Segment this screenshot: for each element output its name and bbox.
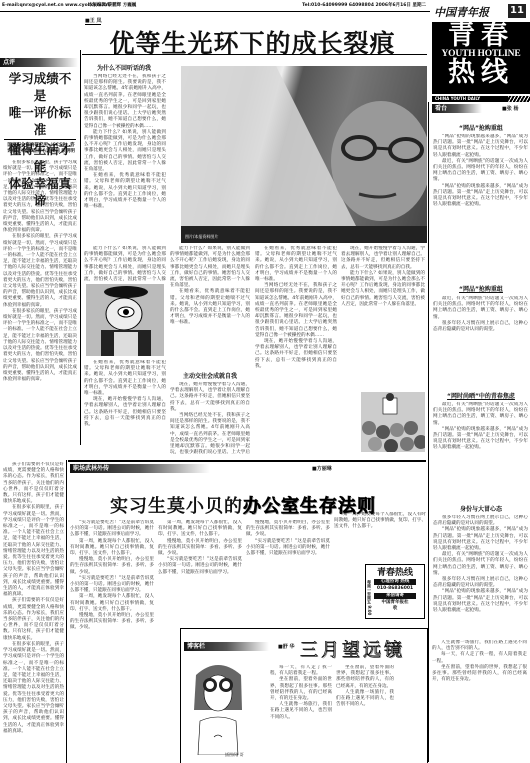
workplace-byline: ■方丽琳 bbox=[312, 465, 332, 472]
main-story-col2: 能力下什么？如果说，别人能做到的事情她都能做到，可是为什么她会那么不开心呢？工作… bbox=[170, 246, 250, 371]
section-rule bbox=[68, 460, 426, 462]
section-masthead: 青春 YOUTH HOTLINE 热线 bbox=[432, 22, 530, 94]
right-column-text-1: “网品”抢购的现象越来越多，“网品”成为热门话题。第一批“网品”走上历史舞台，可… bbox=[433, 134, 528, 286]
right-paragraph: 最近，有关“网晒族”的话题又一次成为人们关注的焦点。网络时代下的年轻人，纷纷在网… bbox=[433, 159, 528, 184]
headline-separator bbox=[4, 139, 76, 140]
story-paragraph: 在她看来，优秀就意味着不能犯错。父母和老师的期望让她喘不过气来。她说，从小到大她… bbox=[255, 246, 337, 283]
right-paragraph: “网品”抢购的现象越来越多，“网品”成为热门话题。第一批“网品”走上历史舞台，可… bbox=[433, 134, 528, 159]
right-paragraph: 很多年轻人习惯在网上展示自己，这种心态背后隐藏的是对认同的渴望。 bbox=[433, 321, 528, 333]
blog-paragraph: 每一天，有人走了我一程，有人陪着我走一程。 bbox=[270, 665, 332, 677]
boy-with-glasses-image bbox=[181, 66, 427, 243]
binocular-woman-illustration bbox=[186, 655, 251, 755]
right-column-byline: ■张 杨 bbox=[502, 105, 518, 112]
paper-en-strip: CHINA YOUTH DAILY bbox=[432, 96, 530, 102]
right-column-text-3: 最近，有关“网晒族”的话题又一次成为人们关注的焦点。网络时代下的年轻人，纷纷在网… bbox=[433, 402, 528, 502]
masthead-title-top: 青春 bbox=[432, 22, 530, 49]
blog-byline: ■舒 华 bbox=[278, 643, 294, 650]
right-column-label-bar: 看台 bbox=[432, 104, 482, 113]
right-subhead-1: “网品”抢购重组 bbox=[432, 124, 530, 133]
workplace-col1: “实习就是要吃苦！”这是前辈告诉莫小贝的第一句话。刚进公司的时候，她什么都不懂，… bbox=[70, 520, 154, 760]
story-paragraph: 现在，她开始慢慢学着与人沟通，学着去理解别人，也学着让别人理解自己。这条路并不好… bbox=[84, 397, 166, 428]
right-subhead-4: 身份与大冒心态 bbox=[432, 505, 530, 514]
commentary-paragraph: 孩子们需要的不仅仅是好成绩，更需要健全的人格和快乐的心态。作为家长，我们应当多陪… bbox=[3, 598, 64, 641]
blog-label-bar: 博客栏 bbox=[184, 642, 269, 651]
right-paragraph: 很多年轻人习惯在网上展示自己，这种心态背后隐藏的是对认同的渴望。 bbox=[433, 515, 528, 527]
right-paragraph: “网品”抢购的现象越来越多，“网品”成为热门话题。第一批“网品”走上历史舞台，可… bbox=[433, 427, 528, 452]
story-paragraph: 在她看来，优秀就意味着不能犯错。父母和老师的期望让她喘不过气来。她说，从小到大她… bbox=[84, 173, 166, 210]
crowd-illustration bbox=[361, 392, 425, 452]
commentary-byline: 国家职业咨询研究所（CCSP）咨询师 方晓燕 首席心理顾问 张明明 bbox=[6, 143, 76, 155]
main-subhead-2: 主动交往会成就自我 bbox=[170, 372, 250, 381]
story-paragraph: 在她看来，优秀就意味着不能犯错。父母和老师的期望让她喘不过气来。她说，从小到大她… bbox=[170, 289, 250, 326]
hotline-box: 青春热线 心理咨询 热线 010-86836001 来信请寄 中国青年报社 收 bbox=[365, 564, 425, 619]
blog-col3: 人生就像一场旅行，我们在路上遇见不同的人，也告别不同的人。 每一天，有人走了我一… bbox=[432, 640, 527, 760]
photo-caption: 图片/本报资料图片 bbox=[185, 234, 218, 240]
commentary-paragraph: 孩子们需要的不仅仅是好成绩，更需要健全的人格和快乐的心态。作为家长，我们应当多陪… bbox=[3, 462, 64, 505]
workplace-paragraph: 第一周，她发现每个人都很忙，没人有时间教她。她只好自己找事情做，复印、打字、送文… bbox=[334, 512, 426, 531]
workplace-col2: 第一周，她发现每个人都很忙，没人有时间教她。她只好自己找事情做，复印、打字、送文… bbox=[158, 520, 242, 620]
blog-col2: 坐在窗前，望着外面的世界，我想起了很多往事。那些曾经陪伴我的人，有的已经离开，有… bbox=[336, 665, 394, 761]
right-subhead-3: “网时尚晒”中的青春焦虑 bbox=[432, 392, 530, 401]
workplace-paragraph: “实习就是要吃苦！”这是前辈告诉莫小贝的第一句话。刚进公司的时候，她什么都不懂，… bbox=[70, 576, 154, 595]
stripe-decoration bbox=[508, 96, 530, 102]
blog-paragraph: 人生就像一场旅行，我们在路上遇见不同的人，也告别不同的人。 bbox=[432, 640, 527, 652]
crowd-cartoon-image bbox=[361, 392, 425, 452]
blog-paragraph: 人生就像一场旅行，我们在路上遇见不同的人，也告别不同的人。 bbox=[270, 702, 332, 721]
main-story-photo: 图片/本报资料图片 bbox=[181, 66, 427, 243]
workplace-col3: 慢慢地，莫小贝开始明白，办公室里的生存法则其实很简单：多看、多听、多做、少说。 … bbox=[246, 520, 330, 620]
story-paragraph: 能力下什么？如果说，别人能做到的事情她都能做到，可是为什么她会那么不开心呢？工作… bbox=[341, 271, 425, 308]
right-paragraph: 最近，有关“网晒族”的话题又一次成为人们关注的焦点。网络时代下的年轻人，纷纷在网… bbox=[433, 296, 528, 321]
right-column-label: 看台 bbox=[435, 105, 447, 112]
column-divider bbox=[80, 50, 81, 445]
main-story-col1: 当网络已经无处不在，我和孩子之间还是那样的陌生。我要说的是，我不知道该怎么帮她。… bbox=[84, 74, 166, 274]
blog-paragraph: 每一天，有人走了我一程，有人陪着我走一程。 bbox=[432, 652, 527, 664]
story-paragraph: 现在，她开始慢慢学着与人沟通，学着去理解别人，也学着让别人理解自己。这条路并不好… bbox=[170, 382, 250, 413]
commentary-headline-line: 唯一评价标准 bbox=[4, 104, 76, 138]
illustration-credit: 插图/刚 哥 bbox=[225, 752, 244, 758]
right-paragraph: 最近，有关“网晒族”的话题又一次成为人们关注的焦点。网络时代下的年轻人，纷纷在网… bbox=[433, 552, 528, 577]
workplace-paragraph: 第一周，她发现每个人都很忙，没人有时间教她。她只好自己找事情做，复印、打字、送文… bbox=[70, 539, 154, 558]
main-story-col1-cont: 能力下什么？如果说，别人能做到的事情她都能做到，可是为什么她会那么不开心呢？工作… bbox=[84, 246, 166, 282]
hotline-phone: 010-86836001 bbox=[366, 586, 424, 592]
right-subhead-2: “网品”抢购重组 bbox=[432, 285, 530, 294]
hotline-row: 来信请寄 bbox=[374, 593, 416, 599]
right-paragraph: “网品”抢购的现象越来越多，“网品”成为热门话题。第一批“网品”走上历史舞台，可… bbox=[433, 589, 528, 614]
blog-label: 博客栏 bbox=[187, 643, 205, 650]
right-paragraph: 很多年轻人习惯在网上展示自己，这种心态背后隐藏的是对认同的渴望。 bbox=[433, 577, 528, 589]
story-paragraph: 当网络已经无处不在，我和孩子之间还是那样的陌生。我要说的是，我不知道该怎么帮她。… bbox=[84, 74, 166, 130]
newspaper-logo: 中国青年报 bbox=[434, 4, 489, 20]
hotline-title: 青春热线 bbox=[366, 565, 424, 578]
right-paragraph: “网品”抢购的现象越来越多，“网品”成为热门话题。第一批“网品”走上历史舞台，可… bbox=[433, 527, 528, 552]
workplace-label: 职场武林外传 bbox=[73, 465, 109, 472]
main-story-col4: 现在，她开始慢慢学着与人沟通，学着去理解别人，也学着让别人理解自己。这条路并不好… bbox=[341, 246, 425, 361]
headline-rule bbox=[82, 54, 427, 55]
commentary-label-bar: 点评 bbox=[0, 58, 78, 67]
workplace-label-bar: 职场武林外传 bbox=[70, 464, 210, 473]
blog-paragraph: 坐在窗前，望着外面的世界，我想起了很多往事。那些曾经陪伴我的人，有的已经离开，有… bbox=[270, 677, 332, 702]
one-eyed-cartoon-image bbox=[86, 284, 164, 356]
workplace-headline-plain: 实习生莫小贝的 bbox=[110, 496, 243, 517]
workplace-paragraph: 慢慢地，莫小贝开始明白，办公室里的生存法则其实很简单：多看、多听、多做、少说。 bbox=[158, 539, 242, 558]
story-paragraph: 在她看来，优秀就意味着不能犯错。父母和老师的期望让她喘不过气来。她说，从小到大她… bbox=[84, 360, 166, 397]
story-paragraph: 当网络已经无处不在，我和孩子之间还是那样的陌生。我要说的是，我不知道该怎么帮她。… bbox=[170, 413, 250, 454]
commentary-label: 点评 bbox=[3, 59, 15, 66]
cartoon-illustration bbox=[86, 284, 164, 356]
right-column-label-row: 看台 ■张 杨 bbox=[432, 104, 530, 113]
main-story-col2-lower: 现在，她开始慢慢学着与人沟通，学着去理解别人，也学着让别人理解自己。这条路并不好… bbox=[170, 382, 250, 454]
commentary-paragraph: 在很多家长的眼里，孩子学习成绩好就是一切。然而，学习成绩只是评价一个学生的标准之… bbox=[3, 309, 77, 383]
workplace-paragraph: 慢慢地，莫小贝开始明白，办公室里的生存法则其实很简单：多看、多听、多做、少说。 bbox=[246, 520, 330, 539]
woman-with-binoculars-image bbox=[186, 655, 251, 755]
commentary-paragraph: 在很多家长的眼里，孩子学习成绩好就是一切。然而，学习成绩只是评价一个学生的标准之… bbox=[3, 505, 64, 598]
hotline-row: 收 bbox=[366, 606, 424, 612]
story-paragraph: 现在，她开始慢慢学着与人沟通，学着去理解别人，也学着让别人理解自己。这条路并不好… bbox=[341, 246, 425, 271]
editors-info: 本版编辑/黎鹏辉 方巍巍 bbox=[88, 0, 136, 11]
workplace-col4: 第一周，她发现每个人都很忙，没人有时间教她。她只好自己找事情做，复印、打字、送文… bbox=[334, 512, 426, 554]
story-paragraph: 当网络已经无处不在，我和孩子之间还是那样的陌生。我要说的是，我不知道该怎么帮她。… bbox=[255, 283, 337, 339]
commentary-paragraph: 在很多家长的眼里，孩子学习成绩好就是一切。然而，学习成绩只是评价一个学生的标准之… bbox=[3, 160, 77, 234]
workplace-paragraph: 慢慢地，莫小贝开始明白，办公室里的生存法则其实很简单：多看、多听、多做、少说。 bbox=[70, 613, 154, 632]
hotline-row: 心理咨询 热线 bbox=[374, 579, 416, 585]
commentary-body: 在很多家长的眼里，孩子学习成绩好就是一切。然而，学习成绩只是评价一个学生的标准之… bbox=[3, 160, 77, 460]
commentary-paragraph: 在很多家长的眼里，孩子学习成绩好就是一切。然而，学习成绩只是评价一个学生的标准之… bbox=[3, 642, 64, 735]
commentary-headline-line: 学习成绩不是 bbox=[4, 70, 76, 104]
workplace-paragraph: 第一周，她发现每个人都很忙，没人有时间教她。她只好自己找事情做，复印、打字、送文… bbox=[70, 594, 154, 613]
workplace-paragraph: “实习就是要吃苦！”这是前辈告诉莫小贝的第一句话。刚进公司的时候，她什么都不懂，… bbox=[246, 539, 330, 558]
workplace-paragraph: 慢慢地，莫小贝开始明白，办公室里的生存法则其实很简单：多看、多听、多做、少说。 bbox=[70, 557, 154, 576]
main-story-col3: 在她看来，优秀就意味着不能犯错。父母和老师的期望让她喘不过气来。她说，从小到大她… bbox=[255, 246, 337, 454]
main-subhead-1: 为什么不回听话的我 bbox=[84, 64, 164, 73]
workplace-paragraph: “实习就是要吃苦！”这是前辈告诉莫小贝的第一句话。刚进公司的时候，她什么都不懂，… bbox=[158, 557, 242, 576]
column-divider bbox=[66, 460, 67, 763]
blog-headline: 三月望远镜 bbox=[300, 636, 405, 662]
paper-en-name: CHINA YOUTH DAILY bbox=[435, 96, 480, 101]
story-paragraph: 能力下什么？如果说，别人能做到的事情她都能做到，可是为什么她会那么不开心呢？工作… bbox=[84, 130, 166, 173]
right-column-text-2: 最近，有关“网晒族”的话题又一次成为人们关注的焦点。网络时代下的年轻人，纷纷在网… bbox=[433, 296, 528, 388]
story-paragraph: 现在，她开始慢慢学着与人沟通，学着去理解别人，也学着让别人理解自己。这条路并不好… bbox=[255, 339, 337, 370]
story-paragraph: 能力下什么？如果说，别人能做到的事情她都能做到，可是为什么她会那么不开心呢？工作… bbox=[170, 246, 250, 289]
blog-paragraph: 人生就像一场旅行，我们在路上遇见不同的人，也告别不同的人。 bbox=[336, 690, 394, 709]
commentary-paragraph: 在很多家长的眼里，孩子学习成绩好就是一切。然而，学习成绩只是评价一个学生的标准之… bbox=[3, 234, 77, 308]
main-story-col1-lower: 在她看来，优秀就意味着不能犯错。父母和老师的期望让她喘不过气来。她说，从小到大她… bbox=[84, 360, 166, 455]
workplace-paragraph: “实习就是要吃苦！”这是前辈告诉莫小贝的第一句话。刚进公司的时候，她什么都不懂，… bbox=[70, 520, 154, 539]
hotline-side-text: 每周一至周五 9:00—17:00 bbox=[366, 580, 372, 618]
page-number: 11 bbox=[508, 4, 526, 18]
workplace-paragraph: 第一周，她发现每个人都很忙，没人有时间教她。她只好自己找事情做，复印、打字、送文… bbox=[158, 520, 242, 539]
blog-paragraph: 坐在窗前，望着外面的世界，我想起了很多往事。那些曾经陪伴我的人，有的已经离开，有… bbox=[432, 665, 527, 684]
blog-col1: 每一天，有人走了我一程，有人陪着我走一程。 坐在窗前，望着外面的世界，我想起了很… bbox=[270, 665, 332, 761]
commentary-body-lower: 孩子们需要的不仅仅是好成绩，更需要健全的人格和快乐的心态。作为家长，我们应当多陪… bbox=[3, 462, 64, 760]
right-paragraph: “网品”抢购的现象越来越多，“网品”成为热门话题。第一批“网品”走上历史舞台，可… bbox=[433, 184, 528, 209]
right-paragraph: 最近，有关“网晒族”的话题又一次成为人们关注的焦点。网络时代下的年轻人，纷纷在网… bbox=[433, 402, 528, 427]
masthead-title-bottom: 热线 bbox=[432, 59, 530, 86]
date-info: Tel:010-64099999 64098804 2006年6月16日 星期二 bbox=[302, 0, 426, 11]
top-info-bar: E-mail:qnrx@cyol.net.cn www.cyol.com.cn … bbox=[0, 0, 430, 12]
column-divider bbox=[428, 102, 429, 762]
story-paragraph: 能力下什么？如果说，别人能做到的事情她都能做到，可是为什么她会那么不开心呢？工作… bbox=[84, 246, 166, 282]
blog-paragraph: 坐在窗前，望着外面的世界，我想起了很多往事。那些曾经陪伴我的人，有的已经离开，有… bbox=[336, 665, 394, 690]
